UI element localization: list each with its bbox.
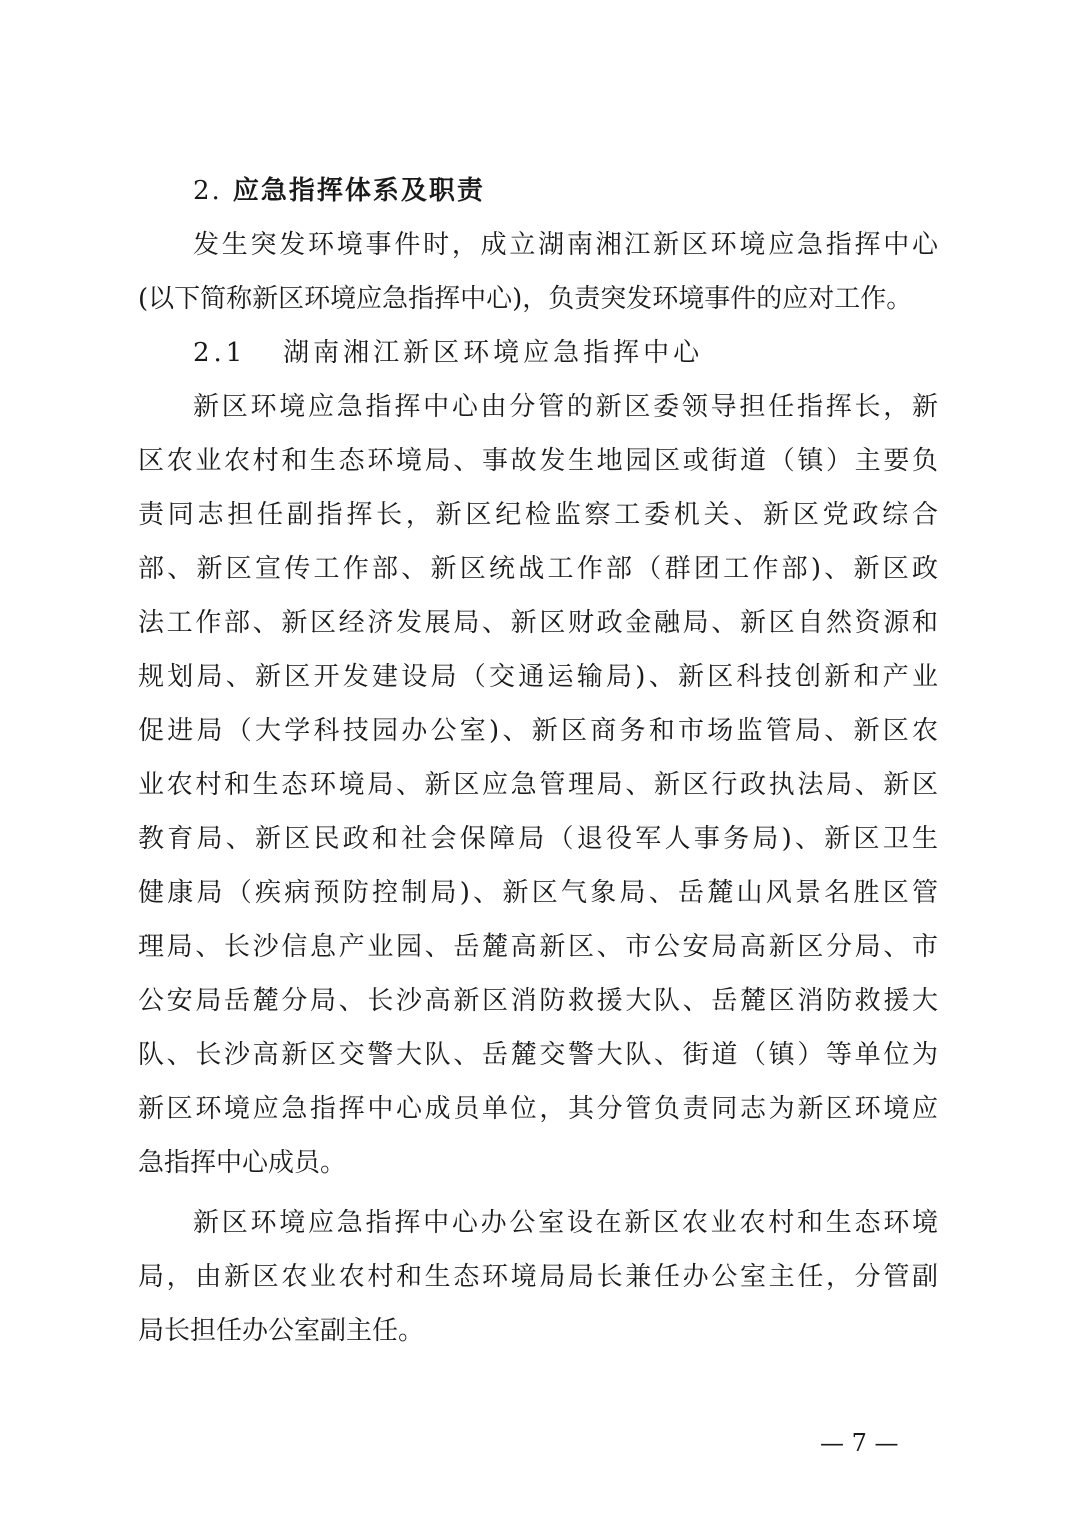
intro-line-1: 发生突发环境事件时，成立湖南湘江新区环境应急指挥中心 <box>193 228 938 262</box>
subsection-number: 2.1 <box>193 338 246 368</box>
subsection-title: 湖南湘江新区环境应急指挥中心 <box>283 338 703 368</box>
paragraph1-line: 法工作部、新区经济发展局、新区财政金融局、新区自然资源和 <box>138 606 938 640</box>
paragraph1-line: 促进局（大学科技园办公室)、新区商务和市场监管局、新区农 <box>138 714 938 748</box>
page-number: — 7 — <box>820 1428 899 1458</box>
paragraph1-line: 部、新区宣传工作部、新区统战工作部（群团工作部)、新区政 <box>138 552 938 586</box>
paragraph1-line: 急指挥中心成员。 <box>138 1146 938 1180</box>
paragraph2-line: 局长担任办公室副主任。 <box>138 1314 938 1348</box>
paragraph1-line: 队、长沙高新区交警大队、岳麓交警大队、街道（镇）等单位为 <box>138 1038 938 1072</box>
paragraph1-line: 理局、长沙信息产业园、岳麓高新区、市公安局高新区分局、市 <box>138 930 938 964</box>
section-title: 应急指挥体系及职责 <box>233 176 485 206</box>
paragraph1-line: 新区环境应急指挥中心由分管的新区委领导担任指挥长，新 <box>193 390 938 424</box>
paragraph2-line: 新区环境应急指挥中心办公室设在新区农业农村和生态环境 <box>193 1206 938 1240</box>
section-number: 2. <box>193 176 222 206</box>
paragraph1-line: 责同志担任副指挥长，新区纪检监察工委机关、新区党政综合 <box>138 498 938 532</box>
paragraph1-line: 健康局（疾病预防控制局)、新区气象局、岳麓山风景名胜区管 <box>138 876 938 910</box>
paragraph1-line: 规划局、新区开发建设局（交通运输局)、新区科技创新和产业 <box>138 660 938 694</box>
document-page: 2. 应急指挥体系及职责 发生突发环境事件时，成立湖南湘江新区环境应急指挥中心 … <box>0 0 1074 1520</box>
paragraph1-line: 区农业农村和生态环境局、事故发生地园区或街道（镇）主要负 <box>138 444 938 478</box>
intro-line-2: (以下简称新区环境应急指挥中心)，负责突发环境事件的应对工作。 <box>138 282 938 316</box>
paragraph1-line: 新区环境应急指挥中心成员单位，其分管负责同志为新区环境应 <box>138 1092 938 1126</box>
subsection-heading: 2.1 湖南湘江新区环境应急指挥中心 <box>193 336 938 370</box>
paragraph2-line: 局，由新区农业农村和生态环境局局长兼任办公室主任，分管副 <box>138 1260 938 1294</box>
paragraph1-line: 业农村和生态环境局、新区应急管理局、新区行政执法局、新区 <box>138 768 938 802</box>
paragraph1-line: 教育局、新区民政和社会保障局（退役军人事务局)、新区卫生 <box>138 822 938 856</box>
paragraph1-line: 公安局岳麓分局、长沙高新区消防救援大队、岳麓区消防救援大 <box>138 984 938 1018</box>
section-heading: 2. 应急指挥体系及职责 <box>193 174 938 208</box>
